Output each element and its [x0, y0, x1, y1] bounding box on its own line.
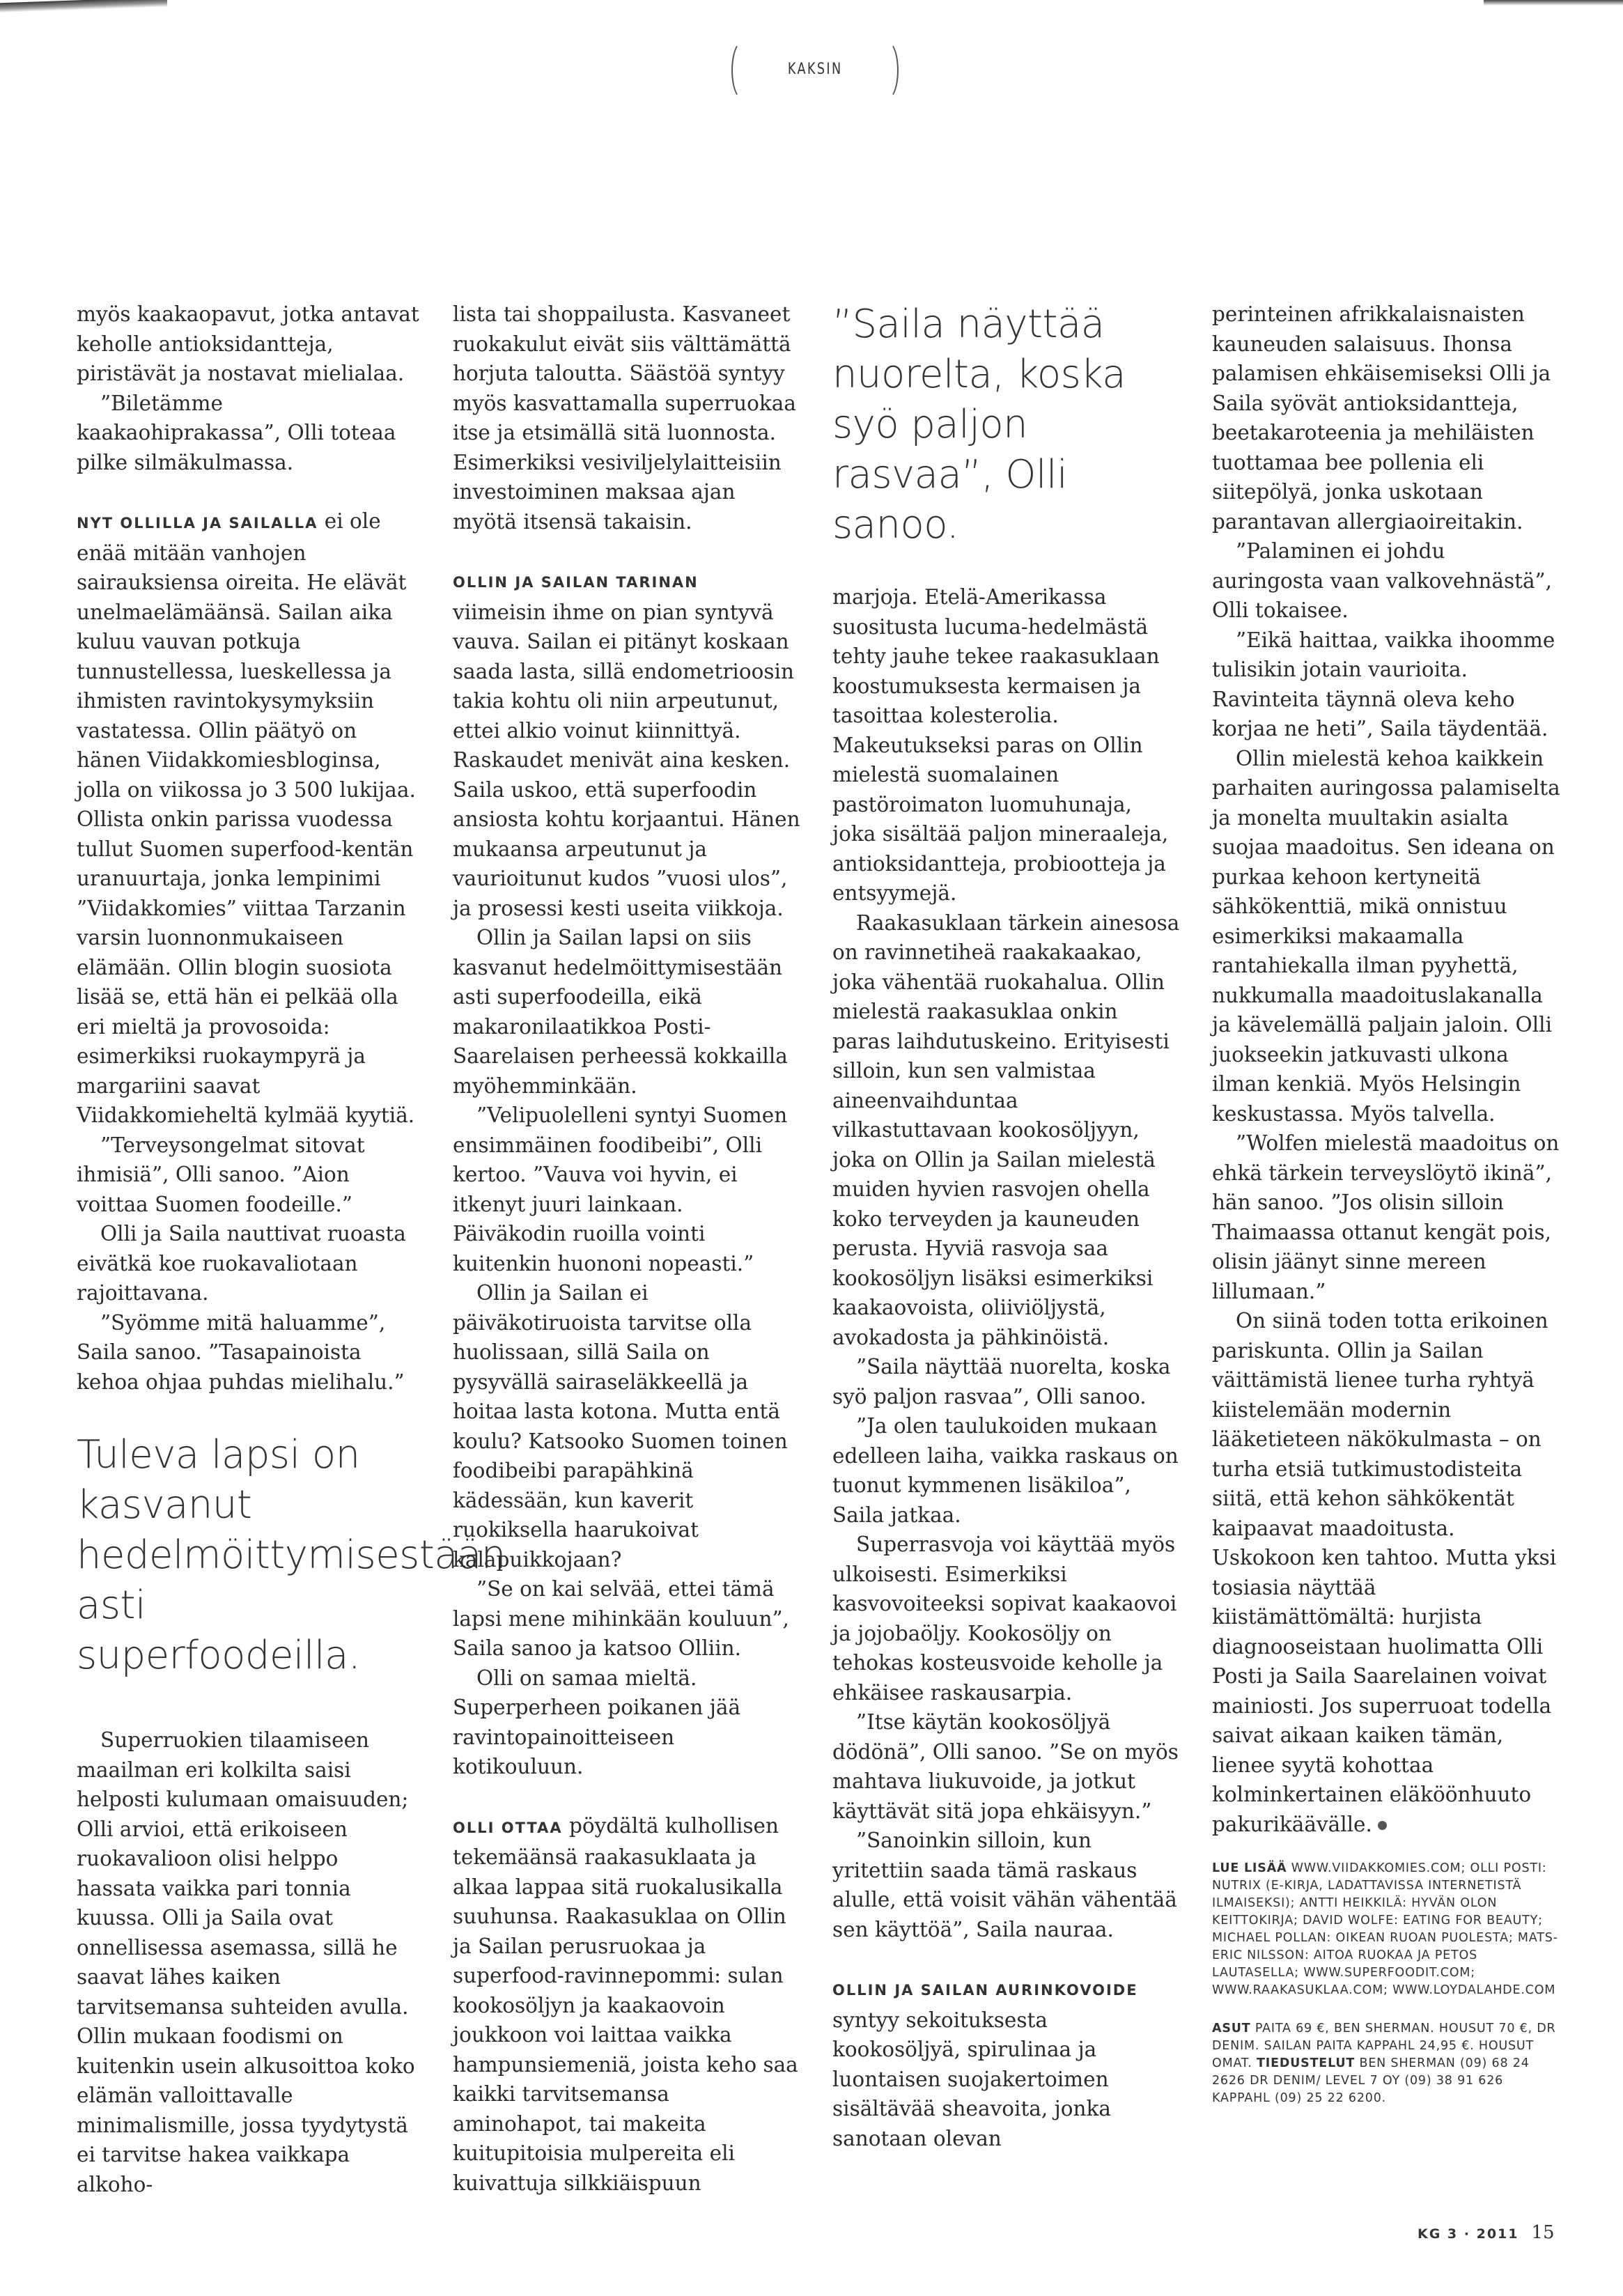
- scan-edge-shadow: [1484, 0, 1623, 6]
- closing-paragraph: On siinä toden totta erikoinen pariskunt…: [1212, 1306, 1560, 1839]
- run-in-heading: NYT OLLILLA JA SAILALLA: [77, 515, 318, 532]
- credits-label: ASUT: [1212, 2022, 1251, 2035]
- paragraph: lista tai shoppailusta. Kasvaneet ruokak…: [453, 300, 801, 536]
- pull-quote: Tuleva lapsi on kasvanut hedelmöittymise…: [77, 1430, 421, 1681]
- paragraph-text: viimeisin ihme on pian syntyvä vauva. Sa…: [453, 600, 800, 920]
- section-header: KAKSIN: [731, 40, 899, 98]
- paragraph: Raakasuklaan tärkein ainesosa on ravinne…: [832, 908, 1181, 1353]
- credits-label: LUE LISÄÄ: [1212, 1861, 1287, 1875]
- paragraph: perinteinen afrikkalaisnaisten kauneuden…: [1212, 300, 1560, 536]
- paragraph-text: ei ole enää mitään vanhojen sairauksiens…: [77, 509, 416, 1127]
- paragraph-text: syntyy sekoituksesta kookosöljyä, spirul…: [832, 2008, 1111, 2150]
- clothing-credits: ASUT PAITA 69 €, BEN SHERMAN. HOUSUT 70 …: [1212, 2020, 1560, 2107]
- paragraph: ”Palaminen ei johdu auringosta vaan valk…: [1212, 536, 1560, 626]
- paragraph: ”Syömme mitä haluamme”, Saila sanoo. ”Ta…: [77, 1308, 421, 1397]
- read-more-credits: LUE LISÄÄ WWW.VIIDAKKOMIES.COM; OLLI POS…: [1212, 1860, 1560, 1999]
- section-paragraph: NYT OLLILLA JA SAILALLA ei ole enää mitä…: [77, 506, 421, 1131]
- paragraph: ”Terveysongelmat sitovat ihmisiä”, Olli …: [77, 1131, 421, 1220]
- article-column-3: ”Saila näyttää nuorelta, koska syö paljo…: [832, 300, 1181, 2153]
- end-of-article-bullet-icon: [1378, 1821, 1387, 1830]
- paragraph-text: pöydältä kulhollisen tekemäänsä raakasuk…: [453, 1814, 798, 2195]
- article-column-4: perinteinen afrikkalaisnaisten kauneuden…: [1212, 300, 1560, 2107]
- page-footer: KG 3 · 2011 15: [1418, 2222, 1555, 2243]
- section-paragraph: OLLIN JA SAILAN TARINANviimeisin ihme on…: [453, 566, 801, 923]
- paragraph: Superruokien tilaamiseen maailman eri ko…: [77, 1725, 421, 2199]
- paragraph: ”Itse käytän kookosöljyä dödönä”, Olli s…: [832, 1707, 1181, 1826]
- paragraph: ”Saila näyttää nuorelta, koska syö paljo…: [832, 1352, 1181, 1411]
- section-paragraph: OLLIN JA SAILAN AURINKOVOIDEsyntyy sekoi…: [832, 1973, 1181, 2153]
- article-column-1: myös kaakaopavut, jotka antavat keholle …: [77, 300, 421, 2199]
- paragraph: ”Ja olen taulukoiden mukaan edelleen lai…: [832, 1411, 1181, 1530]
- paragraph: marjoja. Etelä-Amerikassa suositusta luc…: [832, 582, 1181, 908]
- right-parenthesis-icon: [875, 40, 899, 100]
- paragraph: ”Velipuolelleni syntyi Suomen ensimmäine…: [453, 1101, 801, 1278]
- scan-edge-shadow: [0, 0, 167, 13]
- paragraph: ”Biletämme kaakaohiprakassa”, Olli totea…: [77, 389, 421, 478]
- left-parenthesis-icon: [731, 40, 755, 100]
- paragraph: Olli on samaa mieltä. Superperheen poika…: [453, 1663, 801, 1782]
- paragraph: Ollin ja Sailan ei päiväkotiruoista tarv…: [453, 1278, 801, 1574]
- paragraph: ”Se on kai selvää, ettei tämä lapsi mene…: [453, 1574, 801, 1663]
- paragraph: ”Sanoinkin silloin, kun yritettiin saada…: [832, 1826, 1181, 1944]
- credits-label: TIEDUSTELUT: [1257, 2056, 1355, 2070]
- section-label: KAKSIN: [788, 61, 843, 78]
- pull-quote: ”Saila näyttää nuorelta, koska syö paljo…: [832, 300, 1181, 550]
- paragraph: Superrasvoja voi käyttää myös ulkoisesti…: [832, 1530, 1181, 1707]
- credits-text: WWW.VIIDAKKOMIES.COM; OLLI POSTI: NUTRIX…: [1212, 1861, 1558, 1997]
- paragraph: Ollin ja Sailan lapsi on siis kasvanut h…: [453, 923, 801, 1101]
- article-column-2: lista tai shoppailusta. Kasvaneet ruokak…: [453, 300, 801, 2198]
- section-paragraph: OLLI OTTAA pöydältä kulhollisen tekemään…: [453, 1811, 801, 2198]
- run-in-heading: OLLIN JA SAILAN AURINKOVOIDE: [832, 1982, 1138, 1999]
- run-in-heading: OLLI OTTAA: [453, 1820, 563, 1836]
- run-in-heading: OLLIN JA SAILAN TARINAN: [453, 574, 699, 591]
- paragraph: Ollin mielestä kehoa kaikkein parhaiten …: [1212, 744, 1560, 1129]
- page-number: 15: [1531, 2222, 1554, 2243]
- paragraph: Olli ja Saila nauttivat ruoasta eivätkä …: [77, 1219, 421, 1308]
- paragraph: ”Eikä haittaa, vaikka ihoomme tulisikin …: [1212, 626, 1560, 744]
- paragraph-text: On siinä toden totta erikoinen pariskunt…: [1212, 1309, 1556, 1836]
- paragraph: myös kaakaopavut, jotka antavat keholle …: [77, 300, 421, 389]
- issue-label: KG 3 · 2011: [1418, 2226, 1519, 2242]
- paragraph: ”Wolfen mielestä maadoitus on ehkä tärke…: [1212, 1128, 1560, 1306]
